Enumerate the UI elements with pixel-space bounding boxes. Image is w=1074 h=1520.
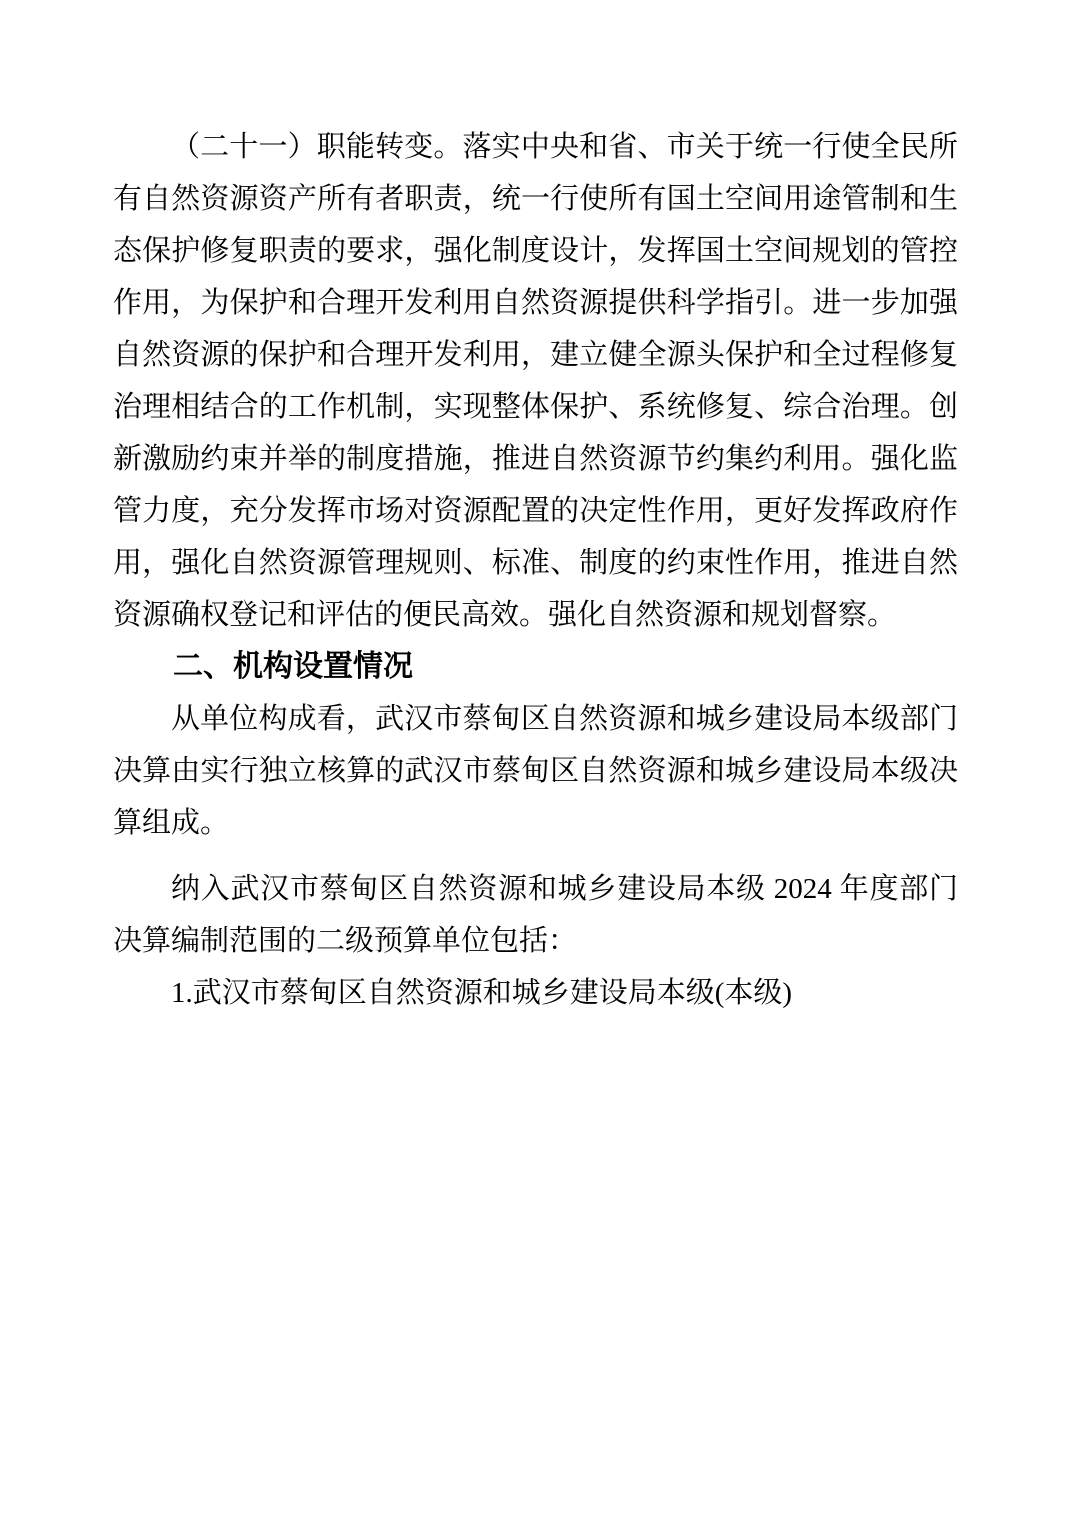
section-heading-2-org-setup: 二、机构设置情况 — [113, 641, 958, 693]
paragraph-budget-scope-intro: 纳入武汉市蔡甸区自然资源和城乡建设局本级 2024 年度部门决算编制范围的二级预… — [113, 863, 958, 967]
paragraph-item-21-functions-change: （二十一）职能转变。落实中央和省、市关于统一行使全民所有自然资源资产所有者职责，… — [113, 121, 958, 641]
document-body: （二十一）职能转变。落实中央和省、市关于统一行使全民所有自然资源资产所有者职责，… — [113, 121, 958, 1019]
document-page: （二十一）职能转变。落实中央和省、市关于统一行使全民所有自然资源资产所有者职责，… — [0, 0, 1074, 1520]
list-item-1-bureau-level: 1.武汉市蔡甸区自然资源和城乡建设局本级(本级) — [113, 967, 958, 1019]
paragraph-unit-composition: 从单位构成看，武汉市蔡甸区自然资源和城乡建设局本级部门决算由实行独立核算的武汉市… — [113, 693, 958, 849]
